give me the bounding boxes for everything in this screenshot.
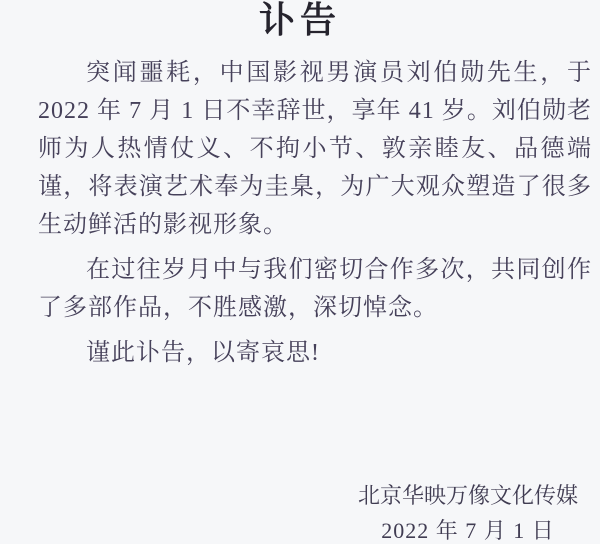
notice-paragraph-2: 在过往岁月中与我们密切合作多次，共同创作了多部作品，不胜感激，深切悼念。 (38, 251, 592, 327)
notice-body: 突闻噩耗，中国影视男演员刘伯勋先生，于 2022 年 7 月 1 日不幸辞世，享… (38, 54, 592, 372)
notice-paragraph-1: 突闻噩耗，中国影视男演员刘伯勋先生，于 2022 年 7 月 1 日不幸辞世，享… (38, 54, 592, 244)
signature-block: 北京华映万像文化传媒 2022 年 7 月 1 日 (358, 482, 578, 544)
notice-title: 讣告 (0, 0, 600, 43)
obituary-page: 讣告 突闻噩耗，中国影视男演员刘伯勋先生，于 2022 年 7 月 1 日不幸辞… (0, 0, 600, 544)
notice-paragraph-3: 谨此讣告，以寄哀思! (38, 334, 592, 372)
signature-date: 2022 年 7 月 1 日 (358, 517, 578, 544)
signature-company: 北京华映万像文化传媒 (358, 482, 578, 510)
